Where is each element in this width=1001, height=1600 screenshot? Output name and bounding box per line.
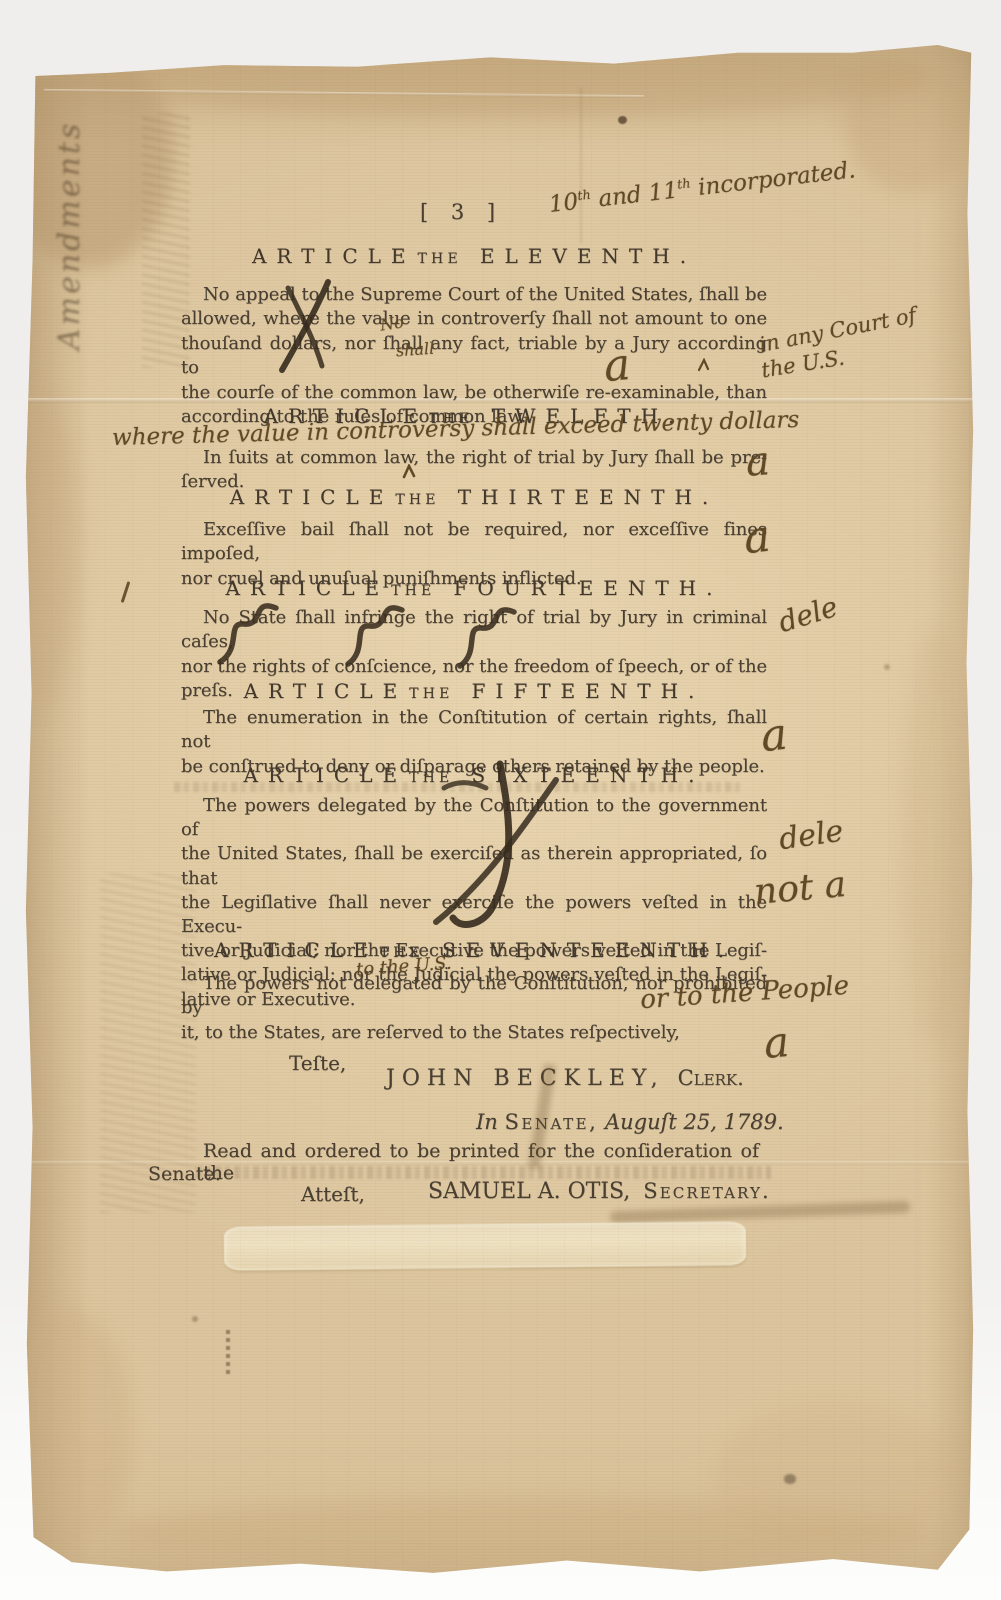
article-heading-thirteenth: ARTICLE THE THIRTEENTH.	[174, 485, 774, 509]
header-annotation: 10th and 11th incorporated.	[547, 157, 856, 218]
printed-line: In ſuits at common law, the right of tri…	[181, 446, 767, 470]
approval-mark: a	[742, 515, 773, 562]
delete-annotation: dele	[774, 590, 841, 639]
annotation-text: and 11	[590, 178, 680, 214]
cross-out-mark	[268, 278, 352, 378]
insertion-annotation: shall	[395, 339, 435, 361]
strike-through-marks	[206, 596, 546, 691]
document-page: Amendments [ 3 ] 10th and 11th incorpora…	[24, 28, 976, 1576]
article-heading-eleventh: ARTICLE THE ELEVENTH.	[174, 244, 774, 268]
senate-word: Senate,	[505, 1110, 599, 1134]
cross-out-mark	[396, 750, 591, 950]
clerk-title: Clerk.	[678, 1066, 744, 1090]
ink-speck	[226, 1330, 230, 1376]
clerk-name: JOHN BECKLEY,	[386, 1066, 665, 1091]
approval-mark: a	[762, 1021, 791, 1065]
caret-mark	[696, 358, 710, 372]
ink-speck	[192, 1316, 198, 1322]
date-text: Auguſt 25, 1789.	[605, 1110, 784, 1134]
stain	[4, 1308, 134, 1548]
stain	[114, 1498, 934, 1568]
approval-mark: a	[745, 441, 772, 483]
fold-crease	[580, 88, 582, 243]
in-word: In	[476, 1110, 498, 1134]
heading-word: THE	[418, 251, 462, 267]
heading-word: ARTICLE	[244, 763, 408, 787]
printed-line: The enumeration in the Conſtitution of c…	[181, 706, 767, 755]
annotation-text: 10	[548, 189, 580, 218]
insertion-annotation: No	[379, 312, 405, 334]
ink-speck	[618, 116, 627, 124]
ink-smudge	[610, 1201, 910, 1223]
stain	[0, 388, 79, 708]
approval-mark: a	[759, 713, 790, 760]
margin-docket-text: Amendments	[52, 100, 94, 350]
heading-word: THIRTEENTH.	[458, 485, 719, 509]
ink-speck	[884, 664, 890, 670]
secretary-signature-line: SAMUEL A. OTIS, Secretary.	[428, 1179, 771, 1204]
heading-word: ARTICLE	[214, 938, 378, 962]
attest-label: Atteſt,	[301, 1182, 365, 1206]
printed-line: Exceſſive bail ſhall not be required, no…	[181, 518, 767, 567]
secretary-name: SAMUEL A. OTIS,	[428, 1179, 630, 1204]
not-agreed-annotation: not a	[752, 864, 847, 913]
page-number: [ 3 ]	[420, 200, 495, 224]
approval-mark: a	[602, 343, 632, 389]
heading-word: ARTICLE	[230, 485, 394, 509]
teste-label: Teſte,	[289, 1051, 346, 1075]
stain	[904, 628, 974, 1048]
clerk-signature-line: JOHN BECKLEY, Clerk.	[386, 1066, 744, 1091]
delete-annotation: dele	[777, 814, 846, 858]
order-line: Read and ordered to be printed for the c…	[203, 1140, 759, 1184]
printed-line: it, to the States, are reſerved to the S…	[181, 1021, 767, 1045]
annotation-text: incorporated.	[690, 157, 857, 202]
stain	[84, 36, 934, 116]
caret-mark	[401, 464, 417, 479]
secretary-title: Secretary.	[643, 1179, 770, 1203]
repair-tape-strip	[224, 1221, 746, 1270]
scanned-document: Amendments [ 3 ] 10th and 11th incorpora…	[0, 0, 1001, 1600]
senate-date-line: In Senate, Auguſt 25, 1789.	[476, 1110, 784, 1134]
senate-end-word: Senate.	[148, 1163, 221, 1185]
tick-mark	[121, 581, 130, 603]
heading-word: ARTICLE	[252, 244, 416, 268]
heading-word: THE	[395, 492, 439, 508]
stain	[844, 53, 974, 193]
heading-word: ELEVENTH.	[480, 244, 696, 268]
printed-line: the courſe of the common law, be otherwi…	[181, 381, 767, 405]
ink-speck	[784, 1474, 796, 1484]
